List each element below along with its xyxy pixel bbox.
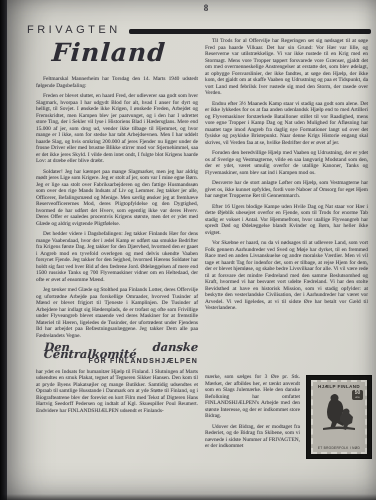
article-title: Finland [51, 38, 167, 67]
body-paragraph: Freden er blevet sluttet, en haard Fred,… [36, 93, 198, 165]
masthead-frivagten: FRIVAGTEN [27, 24, 121, 36]
stamp-title: HJÆLP FINLAND [318, 384, 360, 389]
stamp-caption: ET BRODERFOLK I NØD [313, 446, 365, 450]
body-paragraph: Foruden den beredvillige Hjælp med Vaabe… [205, 150, 368, 176]
body-paragraph: Jeg tænker med Glæde og Stolthed paa Fin… [36, 287, 198, 339]
right-column: Til Trods for al Offervilje har Regering… [205, 38, 368, 316]
body-paragraph: Endnu efter 3½ Maaneds Kamp staar vi sta… [205, 101, 368, 147]
left-column: Feltmarskal Mannerheim har Torsdag den 1… [36, 76, 198, 418]
stamp-value-unit: øre [355, 396, 360, 399]
body-paragraph: Efter 16 Ugers blodige Kampe uden Hvile … [205, 204, 368, 237]
charity-stamp: HJÆLP FINLAND 50 øre ET BRODERFOLK I NØD [311, 380, 367, 454]
body-paragraph: Desværre har de stort anlagte Løfter om … [205, 180, 368, 200]
body-paragraph: Til Trods for al Offervilje har Regering… [205, 38, 368, 97]
stamp-denomination-badge: 50 øre [352, 390, 363, 400]
stamp-section: mærke, som sælges for 3 Øre pr. Stk. Mær… [205, 374, 371, 458]
book-binding-edge [0, 0, 7, 500]
body-paragraph: Det hedder videre i Dagsbefalingen: Jeg … [36, 231, 198, 283]
body-paragraph: Udover det Bidrag, der er modtaget fra R… [205, 424, 300, 450]
charity-stamp-frame: HJÆLP FINLAND 50 øre ET BRODERFOLK I NØD [307, 376, 371, 458]
body-paragraph: Vor Skæbne er haard, nu da vi nødsages t… [205, 240, 368, 312]
stamp-sidebar-text: mærke, som sælges for 3 Øre pr. Stk. Mær… [205, 374, 300, 458]
body-paragraph: mærke, som sælges for 3 Øre pr. Stk. Mær… [205, 374, 300, 420]
committee-heading: Den danske Centralkomité FOR FINLANDSHJÆ… [36, 344, 198, 366]
intro-paragraph: Feltmarskal Mannerheim har Torsdag den 1… [36, 76, 198, 89]
committee-paragraph: har ydet en Indsats for humanitær Hjælp … [36, 369, 198, 415]
committee-script-title: Den danske Centralkomité [44, 344, 199, 357]
header-rule [129, 29, 371, 34]
magazine-page-scan: 8 FRIVAGTEN Finland Feltmarskal Mannerhe… [0, 0, 376, 500]
bottom-scan-shadow [0, 494, 376, 500]
page-number: 8 [196, 3, 216, 13]
body-paragraph: Soldater! Jeg har kæmpet paa mange Slagm… [36, 169, 198, 228]
